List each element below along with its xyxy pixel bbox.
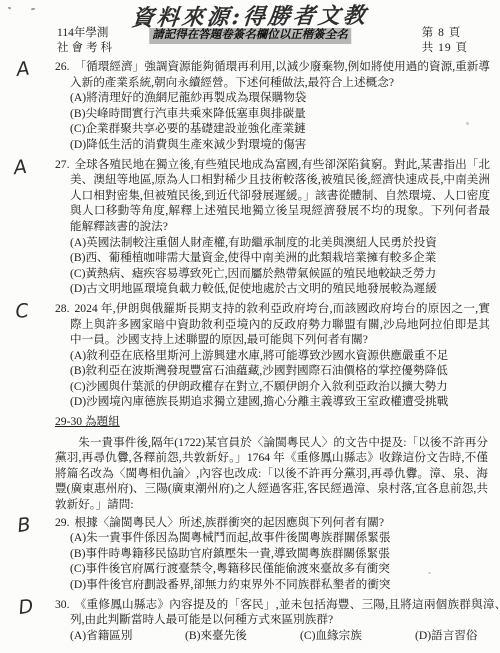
option-c: (C)企業群聚共享必要的基礎建設並強化產業鏈 [70,121,490,137]
option-c: (C)黃熱病、瘧疾容易導致死亡,因而屬於熱帶氣候區的殖民地較缺乏勞力 [70,266,490,282]
option-a: (A)朱一貴事件係因為閩粵械鬥而起,故事件後閩粵族群關係緊張 [70,530,490,546]
option-b: (B)敘利亞在波斯灣發現豐富石油蘊藏,沙國對國際石油價格的掌控優勢降低 [70,363,490,379]
exam-title: 114年學測 [57,26,115,41]
question-number: 29. [55,516,70,529]
page-total: 共 19 頁 [422,41,468,56]
option-a: (A)敘利亞在底格里斯河上游興建水庫,將可能導致沙國水資源供應嚴重不足 [70,348,490,364]
option-a: (A)省籍區別 [70,628,185,644]
page-indicator: 第 8 頁 共 19 頁 [422,26,468,56]
option-b: (B)事件時粵籍移民協助官府鎮壓朱一貴,導致閩粵族群關係緊張 [70,546,490,562]
option-b: (B)西、葡種植咖啡需大量資金,使得中南美洲的此類栽培業擁有較多企業 [70,250,490,266]
exam-info: 114年學測 社會考科 [57,26,115,56]
handwritten-answer-mark: D [0,593,58,646]
option-c: (C)血緣宗族 [300,628,415,644]
question-29: B 29.根據〈論閩粵民人〉所述,族群衝突的起因應與下列何者有關? (A)朱一貴… [0,515,500,593]
subject-title: 社會考科 [57,41,115,56]
option-a: (A)英國法制較注重個人財產權,有助繼承制度的北美與澳紐人民勇於投資 [70,235,490,251]
question-group-29-30: 29-30 為題組 朱一貴事件後,隔年(1722)某官員於〈論閩粵民人〉的文告中… [0,414,500,513]
option-c: (C)沙國與什葉派的伊朗政權存在對立,不願伊朗介入敘利亞政治以擴大勢力 [70,379,490,395]
group-passage: 朱一貴事件後,隔年(1722)某官員於〈論閩粵民人〉的文告中提及:「以後不許再分… [55,435,488,513]
question-number: 26. [55,60,70,73]
question-28: C 28.2024 年,伊朗與俄羅斯長期支持的敘利亞政府垮台,而該國政府垮台的原… [0,301,500,410]
page-number: 第 8 頁 [422,26,468,41]
question-stem: 28.2024 年,伊朗與俄羅斯長期支持的敘利亞政府垮台,而該國政府垮台的原因之… [55,301,490,348]
sign-notice: 請記得在答題卷簽名欄位以正楷簽全名 [149,28,351,44]
questions-area: A 26.「循環經濟」強調資源能夠循環再利用,以減少廢棄物,例如將使用過的資源,… [0,59,500,647]
option-b: (B)來臺先後 [185,628,300,644]
question-number: 30. [55,598,70,611]
question-26: A 26.「循環經濟」強調資源能夠循環再利用,以減少廢棄物,例如將使用過的資源,… [0,59,500,153]
question-number: 28. [55,302,70,315]
handwritten-answer-mark: A [0,154,63,300]
handwritten-answer-mark: C [0,298,61,413]
option-d: (D)事件後官府劃設番界,卻無力約束界外不同族群私墾者的衝突 [70,577,490,593]
question-stem: 30.《重修鳳山縣志》內容提及的「客民」,並未包括海豐、三陽,且將這兩個族群與漳… [55,597,500,628]
question-stem: 29.根據〈論閩粵民人〉所述,族群衝突的起因應與下列何者有關? [55,515,490,531]
option-c: (C)事件後官府厲行渡臺禁令,粵籍移民僅能偷渡來臺故多有衝突 [70,561,490,577]
handwritten-answer-mark: B [0,512,60,596]
group-title: 29-30 為題組 [55,414,500,430]
option-b: (B)尖峰時間實行汽車共乘來降低塞車與排碳量 [70,106,490,122]
option-a: (A)將清理好的漁網尼龍紗再製成為環保購物袋 [70,90,490,106]
question-stem: 27.全球各殖民地在獨立後,有些殖民地成為富國,有些卻深陷貧窮。對此,某書指出「… [55,157,490,235]
question-30: D 30.《重修鳳山縣志》內容提及的「客民」,並未包括海豐、三陽,且將這兩個族群… [0,597,500,644]
handwritten-answer-mark: A [0,56,60,156]
option-d: (D)降低生活的消費與生產來減少對環境的傷害 [70,137,490,153]
option-d: (D)古文明地區環境負載力較低,促使地處於古文明的殖民地發展較為遲緩 [70,281,490,297]
inline-options: (A)省籍區別 (B)來臺先後 (C)血緣宗族 (D)語言習俗 [70,628,500,644]
option-d: (D)沙國境內庫德族長期追求獨立建國,擔心分離主義導致王室政權遭受挑戰 [70,394,490,410]
option-d: (D)語言習俗 [415,628,500,644]
exam-paper-page: 資料來源:得勝者文教 114年學測 社會考科 請記得在答題卷簽名欄位以正楷簽全名… [0,0,500,653]
question-stem: 26.「循環經濟」強調資源能夠循環再利用,以減少廢棄物,例如將使用過的資源,重新… [55,59,490,90]
question-number: 27. [55,158,70,171]
question-27: A 27.全球各殖民地在獨立後,有些殖民地成為富國,有些卻深陷貧窮。對此,某書指… [0,157,500,297]
